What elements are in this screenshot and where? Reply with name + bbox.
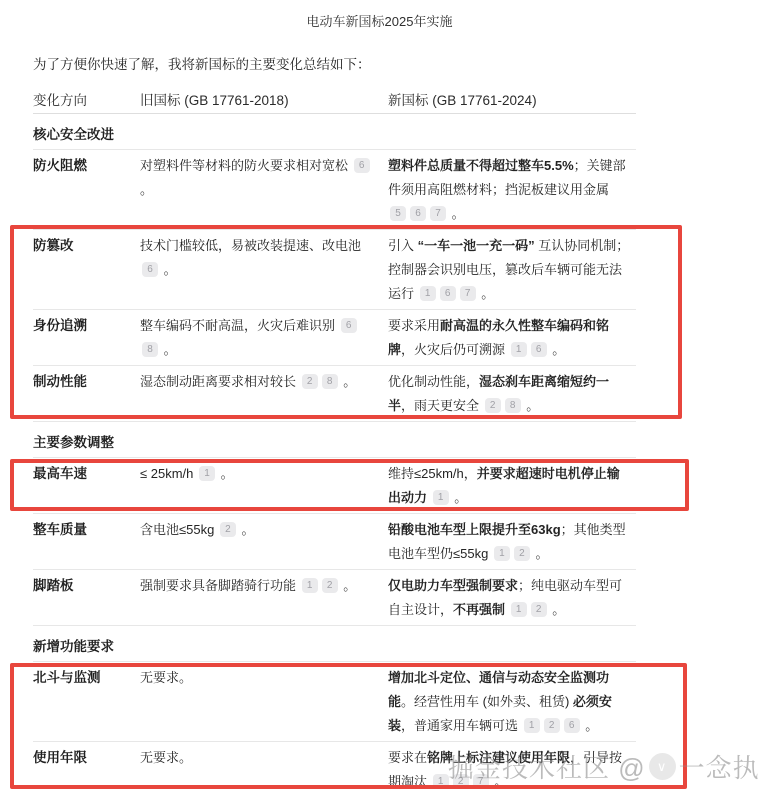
table-body: 核心安全改进防火阻燃对塑料件等材料的防火要求相对宽松 6 。塑料件总质量不得超过… xyxy=(33,114,636,797)
old-standard-cell: 技术门槛较低，易被改装提速、改电池 6 。 xyxy=(140,234,388,306)
citation-badge[interactable]: 5 xyxy=(390,206,406,221)
citation-badge[interactable]: 1 xyxy=(524,718,540,733)
citation-badge[interactable]: 1 xyxy=(511,602,527,617)
citation-badge[interactable]: 2 xyxy=(544,718,560,733)
body-text: 无要求。 xyxy=(140,750,192,765)
emphasized-text: “一车一池一充一码” xyxy=(418,238,535,253)
citation-badge[interactable]: 1 xyxy=(420,286,436,301)
comparison-table: 变化方向 旧国标 (GB 17761-2018) 新国标 (GB 17761-2… xyxy=(33,77,636,797)
watermark: 掘金技术社区 @ ∨ 一念执着CC xyxy=(448,748,759,785)
old-standard-cell: 强制要求具备脚踏骑行功能 12 。 xyxy=(140,574,388,622)
table-row-fire-retardant: 防火阻燃对塑料件等材料的防火要求相对宽松 6 。塑料件总质量不得超过整车5.5%… xyxy=(33,150,636,230)
column-header-old-standard: 旧国标 (GB 17761-2018) xyxy=(140,88,388,113)
row-aspect-label: 整车质量 xyxy=(33,518,140,566)
body-text: 。 xyxy=(532,546,549,561)
citation-badge[interactable]: 2 xyxy=(302,374,318,389)
watermark-text-right: 一念执着CC xyxy=(679,748,759,785)
watermark-avatar-icon: ∨ xyxy=(649,753,676,780)
page-title: 电动车新国标2025年实施 xyxy=(0,0,759,31)
body-text: 引入 xyxy=(388,238,418,253)
body-text: 。 xyxy=(523,398,540,413)
body-text: 。 xyxy=(549,342,566,357)
citation-badge[interactable]: 1 xyxy=(494,546,510,561)
body-text: 整车编码不耐高温，火灾后难识别 xyxy=(140,318,339,333)
body-text: 。经营性用车 (如外卖、租赁) xyxy=(401,694,573,709)
citation-badge[interactable]: 1 xyxy=(302,578,318,593)
body-text: 。 xyxy=(238,522,255,537)
new-standard-cell: 引入 “一车一池一充一码” 互认协同机制；控制器会识别电压，篡改后车辆可能无法运… xyxy=(388,234,636,306)
citation-badge[interactable]: 7 xyxy=(460,286,476,301)
body-text: 优化制动性能， xyxy=(388,374,479,389)
emphasized-text: 铅酸电池车型上限提升至63kg xyxy=(388,522,561,537)
table-row-max-speed: 最高车速≤ 25km/h 1 。维持≤25km/h，并要求超速时电机停止输出动力… xyxy=(33,458,636,514)
old-standard-cell: ≤ 25km/h 1 。 xyxy=(140,462,388,510)
row-aspect-label: 制动性能 xyxy=(33,370,140,418)
old-standard-cell: 无要求。 xyxy=(140,666,388,738)
citation-badge[interactable]: 6 xyxy=(564,718,580,733)
citation-badge[interactable]: 2 xyxy=(531,602,547,617)
body-text: 。 xyxy=(340,578,357,593)
citation-badge[interactable]: 7 xyxy=(430,206,446,221)
body-text: 要求采用 xyxy=(388,318,440,333)
body-text: 。 xyxy=(478,286,495,301)
row-aspect-label: 北斗与监测 xyxy=(33,666,140,738)
new-standard-cell: 优化制动性能，湿态刹车距离缩短约一半，雨天更安全 28 。 xyxy=(388,370,636,418)
citation-badge[interactable]: 6 xyxy=(341,318,357,333)
row-aspect-label: 防火阻燃 xyxy=(33,154,140,226)
citation-badge[interactable]: 6 xyxy=(354,158,370,173)
body-text: 对塑料件等材料的防火要求相对宽松 xyxy=(140,158,352,173)
section-heading-core-safety: 核心安全改进 xyxy=(33,114,636,150)
citation-badge[interactable]: 1 xyxy=(199,466,215,481)
table-row-identity-tracing: 身份追溯整车编码不耐高温，火灾后难识别 68 。要求采用耐高温的永久性整车编码和… xyxy=(33,310,636,366)
body-text: 。 xyxy=(160,342,177,357)
citation-badge[interactable]: 1 xyxy=(511,342,527,357)
old-standard-cell: 对塑料件等材料的防火要求相对宽松 6 。 xyxy=(140,154,388,226)
section-heading-main-parameters: 主要参数调整 xyxy=(33,422,636,458)
body-text: 。 xyxy=(217,466,234,481)
watermark-text-left: 掘金技术社区 @ xyxy=(448,748,646,785)
old-standard-cell: 整车编码不耐高温，火灾后难识别 68 。 xyxy=(140,314,388,362)
section-heading-new-features: 新增功能要求 xyxy=(33,626,636,662)
emphasized-text: 塑料件总质量不得超过整车5.5% xyxy=(388,158,574,173)
table-row-beidou-monitoring: 北斗与监测无要求。增加北斗定位、通信与动态安全监测功能。经营性用车 (如外卖、租… xyxy=(33,662,636,742)
citation-badge[interactable]: 6 xyxy=(142,262,158,277)
citation-badge[interactable]: 2 xyxy=(220,522,236,537)
table-row-anti-tampering: 防篡改技术门槛较低，易被改装提速、改电池 6 。引入 “一车一池一充一码” 互认… xyxy=(33,230,636,310)
citation-badge[interactable]: 8 xyxy=(322,374,338,389)
row-aspect-label: 脚踏板 xyxy=(33,574,140,622)
emphasized-text: 仅电助力车型强制要求 xyxy=(388,578,518,593)
old-standard-cell: 无要求。 xyxy=(140,746,388,794)
body-text: 。 xyxy=(582,718,599,733)
body-text: 。 xyxy=(340,374,357,389)
body-text: 。 xyxy=(160,262,177,277)
citation-badge[interactable]: 8 xyxy=(505,398,521,413)
citation-badge[interactable]: 2 xyxy=(322,578,338,593)
table-header-row: 变化方向 旧国标 (GB 17761-2018) 新国标 (GB 17761-2… xyxy=(33,77,636,114)
citation-badge[interactable]: 6 xyxy=(531,342,547,357)
row-aspect-label: 使用年限 xyxy=(33,746,140,794)
body-text: 无要求。 xyxy=(140,670,192,685)
table-row-braking-performance: 制动性能湿态制动距离要求相对较长 28 。优化制动性能，湿态刹车距离缩短约一半，… xyxy=(33,366,636,422)
new-standard-cell: 维持≤25km/h，并要求超速时电机停止输出动力 1 。 xyxy=(388,462,636,510)
body-text: 维持≤25km/h， xyxy=(388,466,477,481)
row-aspect-label: 最高车速 xyxy=(33,462,140,510)
intro-text: 为了方便你快速了解，我将新国标的主要变化总结如下： xyxy=(33,52,759,77)
body-text: 。 xyxy=(451,490,468,505)
citation-badge[interactable]: 6 xyxy=(440,286,456,301)
table-row-pedals: 脚踏板强制要求具备脚踏骑行功能 12 。仅电助力车型强制要求；纯电驱动车型可自主… xyxy=(33,570,636,626)
old-standard-cell: 含电池≤55kg 2 。 xyxy=(140,518,388,566)
citation-badge[interactable]: 6 xyxy=(410,206,426,221)
new-standard-cell: 增加北斗定位、通信与动态安全监测功能。经营性用车 (如外卖、租赁) 必须安装，普… xyxy=(388,666,636,738)
old-standard-cell: 湿态制动距离要求相对较长 28 。 xyxy=(140,370,388,418)
body-text: ，雨天更安全 xyxy=(401,398,483,413)
body-text: 技术门槛较低，易被改装提速、改电池 xyxy=(140,238,361,253)
body-text xyxy=(505,602,509,617)
new-standard-cell: 铅酸电池车型上限提升至63kg；其他类型电池车型仍≤55kg 12 。 xyxy=(388,518,636,566)
citation-badge[interactable]: 1 xyxy=(433,490,449,505)
body-text: 湿态制动距离要求相对较长 xyxy=(140,374,300,389)
body-text: 强制要求具备脚踏骑行功能 xyxy=(140,578,300,593)
citation-badge[interactable]: 2 xyxy=(514,546,530,561)
body-text: 。 xyxy=(448,206,465,221)
new-standard-cell: 仅电助力车型强制要求；纯电驱动车型可自主设计，不再强制 12 。 xyxy=(388,574,636,622)
row-aspect-label: 防篡改 xyxy=(33,234,140,306)
row-aspect-label: 身份追溯 xyxy=(33,314,140,362)
body-text: 。 xyxy=(549,602,566,617)
new-standard-cell: 塑料件总质量不得超过整车5.5%；关键部件须用高阻燃材料；挡泥板建议用金属 56… xyxy=(388,154,636,226)
page: 电动车新国标2025年实施 为了方便你快速了解，我将新国标的主要变化总结如下： … xyxy=(0,0,759,797)
citation-badge[interactable]: 1 xyxy=(433,774,449,789)
citation-badge[interactable]: 2 xyxy=(485,398,501,413)
body-text: ，火灾后仍可溯源 xyxy=(401,342,509,357)
body-text: 含电池≤55kg xyxy=(140,522,218,537)
body-text: 。 xyxy=(140,182,153,197)
emphasized-text: 不再强制 xyxy=(453,602,505,617)
table-row-vehicle-weight: 整车质量含电池≤55kg 2 。铅酸电池车型上限提升至63kg；其他类型电池车型… xyxy=(33,514,636,570)
column-header-new-standard: 新国标 (GB 17761-2024) xyxy=(388,88,636,113)
column-header-aspect: 变化方向 xyxy=(33,88,140,113)
body-text: ≤ 25km/h xyxy=(140,466,197,481)
body-text xyxy=(427,490,431,505)
body-text: ，普通家用车辆可选 xyxy=(401,718,522,733)
body-text: 要求在 xyxy=(388,750,427,765)
citation-badge[interactable]: 8 xyxy=(142,342,158,357)
new-standard-cell: 要求采用耐高温的永久性整车编码和铭牌，火灾后仍可溯源 16 。 xyxy=(388,314,636,362)
